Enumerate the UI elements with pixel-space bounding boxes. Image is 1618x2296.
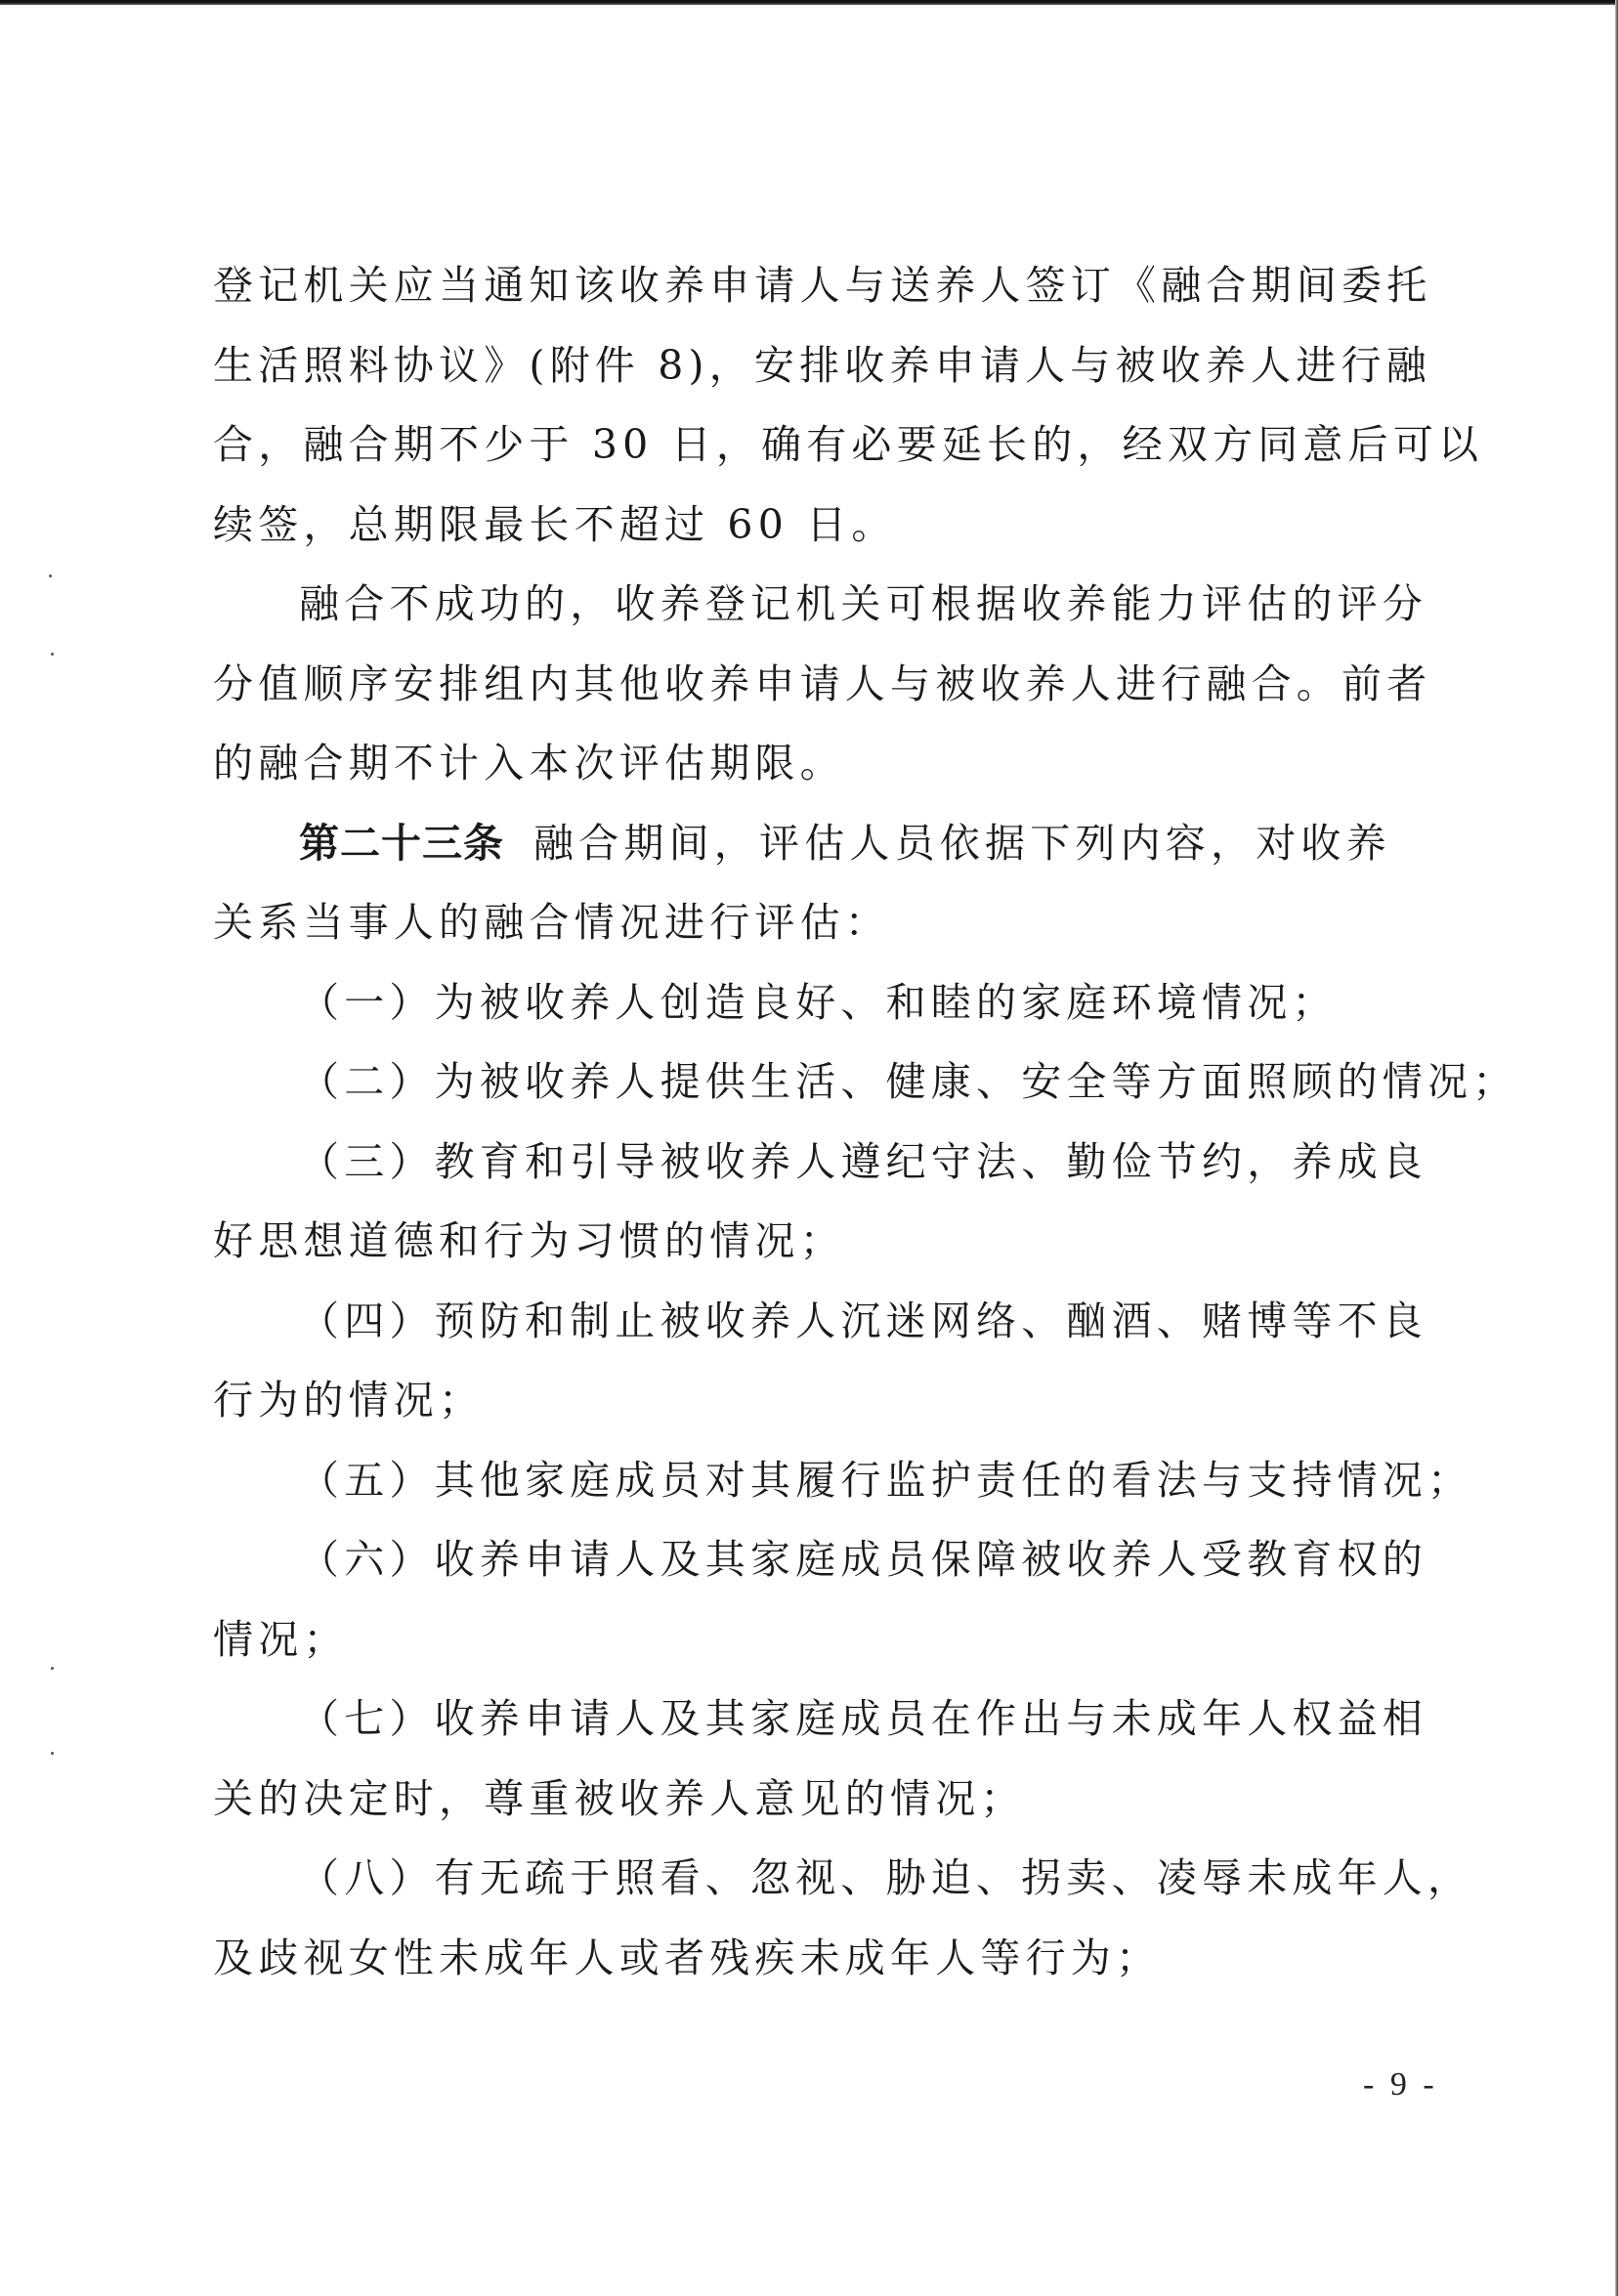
scan-speck (51, 1667, 54, 1670)
article-line: 第二十三条融合期间，评估人员依据下列内容，对收养 (213, 814, 1405, 894)
paragraph-line: 融合不成功的，收养登记机关可根据收养能力评估的评分 (213, 574, 1405, 655)
list-item-7: （七）收养申请人及其家庭成员在作出与未成年人权益相 (213, 1689, 1405, 1769)
document-body: 登记机关应当通知该收养申请人与送养人签订《融合期间委托 生活照料协议》(附件 8… (213, 256, 1405, 2008)
paragraph-line: 合，融合期不少于 30 日，确有必要延长的，经双方同意后可以 (213, 415, 1405, 495)
paragraph-line: 登记机关应当通知该收养申请人与送养人签订《融合期间委托 (213, 256, 1405, 336)
list-item-8: （八）有无疏于照看、忽视、胁迫、拐卖、凌辱未成年人， (213, 1849, 1405, 1929)
paragraph-line: 分值顺序安排组内其他收养申请人与被收养人进行融合。前者 (213, 655, 1405, 735)
list-item-8-continued: 及歧视女性未成年人或者残疾未成年人等行为； (213, 1929, 1405, 2009)
list-item-2: （二）为被收养人提供生活、健康、安全等方面照顾的情况； (213, 1052, 1405, 1132)
list-item-3: （三）教育和引导被收养人遵纪守法、勤俭节约，养成良 (213, 1132, 1405, 1212)
list-item-4-continued: 行为的情况； (213, 1371, 1405, 1451)
list-item-1: （一）为被收养人创造良好、和睦的家庭环境情况； (213, 973, 1405, 1053)
list-item-3-continued: 好思想道德和行为习惯的情况； (213, 1212, 1405, 1292)
article-text: 融合期间，评估人员依据下列内容，对收养 (533, 820, 1391, 867)
paragraph-line: 生活照料协议》(附件 8)，安排收养申请人与被收养人进行融 (213, 336, 1405, 416)
scan-border-top (0, 0, 1618, 5)
list-item-5: （五）其他家庭成员对其履行监护责任的看法与支持情况； (213, 1451, 1405, 1531)
paragraph-line: 的融合期不计入本次评估期限。 (213, 734, 1405, 814)
paragraph-line: 关系当事人的融合情况进行评估： (213, 893, 1405, 973)
paragraph-line: 续签，总期限最长不超过 60 日。 (213, 495, 1405, 575)
list-item-6: （六）收养申请人及其家庭成员保障被收养人受教育权的 (213, 1530, 1405, 1610)
article-heading: 第二十三条 (299, 820, 504, 867)
list-item-7-continued: 关的决定时，尊重被收养人意见的情况； (213, 1769, 1405, 1850)
scan-speck (51, 1752, 54, 1755)
list-item-6-continued: 情况； (213, 1610, 1405, 1690)
scan-speck (51, 653, 54, 656)
scan-speck (49, 574, 52, 577)
list-item-4: （四）预防和制止被收养人沉迷网络、酗酒、赌博等不良 (213, 1292, 1405, 1372)
page-number: - 9 - (1363, 2066, 1438, 2104)
